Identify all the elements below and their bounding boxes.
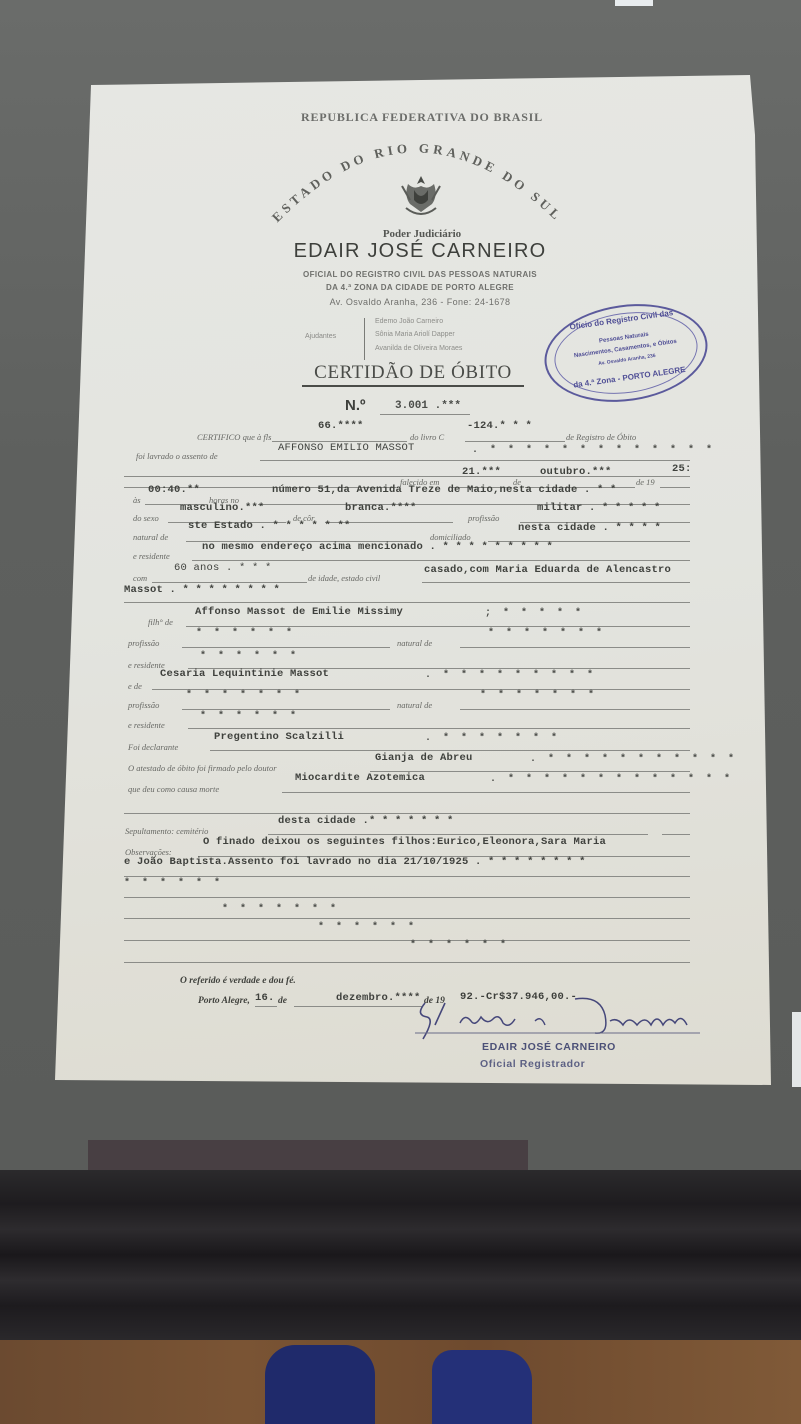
ajudante-name: Avanilda de Oliveira Moraes	[375, 345, 462, 352]
person-reflection-right-leg	[432, 1350, 532, 1424]
field-rule	[380, 414, 470, 415]
attestation-statement: O referido é verdade e dou fé.	[180, 976, 296, 986]
field-rule	[294, 1006, 422, 1007]
lavrado-label: foi lavrado o assento de	[136, 451, 218, 461]
filler-stars: . * * * * * * * * * * * * *	[490, 774, 733, 785]
death-day: 21.***	[462, 466, 501, 478]
coat-of-arms-icon	[398, 172, 444, 222]
field-rule	[152, 582, 307, 583]
light-glare	[615, 0, 653, 6]
field-rule	[422, 582, 690, 583]
light-glare-right	[792, 1012, 801, 1087]
de-label: de	[278, 996, 287, 1006]
field-rule	[260, 460, 690, 461]
field-rule	[460, 647, 690, 648]
brace-divider	[364, 318, 370, 360]
ano-label: de 19	[636, 477, 655, 487]
certificate-number: 3.001 .***	[395, 400, 461, 412]
person-reflection-left-leg	[265, 1345, 375, 1424]
observations-line-6: * * * * * *	[410, 940, 509, 951]
mother-name: Cesaria Lequintinie Massot	[160, 668, 329, 680]
declarant-name: Pregentino Scalzilli	[214, 731, 344, 743]
certifico-label: CERTIFICO que à fls	[197, 432, 271, 442]
field-rule	[188, 728, 690, 729]
field-rule	[182, 709, 390, 710]
death-time: 00:40.**	[148, 484, 200, 496]
father-residence-value: * * * * * *	[200, 651, 299, 662]
as-label: às	[133, 495, 141, 505]
idade-label: de idade, estado civil	[308, 573, 380, 583]
residente-label: e residente	[133, 551, 170, 561]
doctor-name: Gianja de Abreu	[375, 752, 473, 764]
handwritten-signature-icon	[405, 995, 705, 1045]
field-rule	[282, 792, 690, 793]
field-rule	[210, 750, 690, 751]
mother-profession-value: * * * * * * *	[186, 690, 303, 701]
marital-status-value: casado,com Maria Eduarda de Alencastro	[424, 564, 671, 576]
observations-line-1: O finado deixou os seguintes filhos:Euri…	[203, 836, 606, 848]
field-rule	[255, 1006, 277, 1007]
certificate-number-label: N.º	[345, 397, 365, 414]
issue-day: 16.	[255, 992, 275, 1004]
filler-stars: ; * * * * *	[485, 608, 584, 619]
field-rule	[124, 897, 690, 898]
mother-natural-value: * * * * * * *	[480, 690, 597, 701]
death-month: outubro.***	[540, 466, 612, 478]
observations-line-3: * * * * * *	[124, 878, 223, 889]
certificate-title: CERTIDÃO DE ÓBITO	[302, 362, 524, 387]
profissao-label: profissão	[468, 513, 499, 523]
filler-stars: . * * * * * * * * * * *	[530, 754, 737, 765]
ajudantes-label: Ajudantes	[305, 333, 336, 340]
observations-line-5: * * * * * *	[318, 922, 417, 933]
father-profession-value: * * * * * *	[196, 628, 295, 639]
death-year: 25:	[672, 463, 692, 475]
field-rule	[268, 834, 648, 835]
mother-natural-label: natural de	[397, 700, 432, 710]
signer-name: EDAIR JOSÉ CARNEIRO	[482, 1041, 616, 1053]
field-rule	[460, 709, 690, 710]
field-rule	[662, 834, 690, 835]
atestado-label: O atestado de óbito foi firmado pelo dou…	[128, 763, 277, 773]
mae-label: e de	[128, 681, 142, 691]
filler-stars: . * * * * * * * * * * * * *	[472, 445, 715, 456]
causa-label: que deu como causa morte	[128, 784, 219, 794]
natural-label: natural de	[133, 532, 168, 542]
ajudante-name: Edemo João Carneiro	[375, 318, 443, 325]
signer-title: Oficial Registrador	[480, 1058, 585, 1070]
place-label: Porto Alegre,	[198, 996, 250, 1006]
father-natural-value: * * * * * * *	[488, 628, 605, 639]
com-label: com	[133, 573, 147, 583]
father-name: Affonso Massot de Emilie Missimy	[195, 606, 403, 618]
field-rule	[124, 602, 690, 603]
observations-line-4: * * * * * * *	[222, 904, 339, 915]
field-rule	[124, 876, 690, 877]
registro-label: de Registro de Óbito	[566, 432, 636, 442]
mother-residence-value: * * * * * *	[200, 711, 299, 722]
field-rule	[124, 962, 690, 963]
death-place: número 51,da Avenida Treze de Maio,nesta…	[272, 484, 617, 496]
birthplace-value: ste Estado . * * * * * **	[188, 520, 351, 532]
country-heading: REPUBLICA FEDERATIVA DO BRASIL	[282, 110, 562, 125]
field-rule	[124, 940, 690, 941]
officer-zone-line: DA 4.ª ZONA DA CIDADE DE PORTO ALEGRE	[250, 283, 590, 292]
officer-name: EDAIR JOSÉ CARNEIRO	[270, 240, 570, 263]
sexo-label: do sexo	[133, 513, 159, 523]
sex-value: masculino.***	[180, 502, 265, 514]
officer-address-line: Av. Osvaldo Aranha, 236 - Fone: 24-1678	[250, 297, 590, 307]
folha-value: 66.****	[318, 420, 364, 432]
death-certificate-paper	[55, 75, 773, 1085]
field-rule	[186, 626, 690, 627]
filler-stars: . * * * * * * *	[425, 733, 560, 744]
field-rule	[182, 647, 390, 648]
field-rule	[124, 918, 690, 919]
ajudante-name: Sônia Maria Ariolí Dapper	[375, 331, 455, 338]
age-value: 60 anos . * * *	[174, 562, 272, 574]
field-rule	[124, 813, 690, 814]
livro-label: do livro C	[410, 432, 444, 442]
sepultamento-label: Sepultamento: cemitério	[125, 826, 208, 836]
filler-stars: . * * * * * * * * *	[425, 670, 596, 681]
picture-frame-edge	[0, 1170, 801, 1340]
branch-label: Poder Judiciário	[352, 228, 492, 240]
declarante-label: Foi declarante	[128, 742, 178, 752]
color-value: branca.****	[345, 502, 417, 514]
observations-line-2: e João Baptista.Assento foi lavrado no d…	[124, 856, 586, 868]
wooden-floor	[0, 1340, 801, 1424]
residence-value: no mesmo endereço acima mencionado . * *…	[202, 541, 553, 553]
father-natural-label: natural de	[397, 638, 432, 648]
mother-residente-label: e residente	[128, 720, 165, 730]
profession-value: militar . * * * * *	[537, 502, 661, 514]
marital-status-continuation: Massot . * * * * * * * *	[124, 584, 280, 596]
filho-label: filh° de	[148, 617, 173, 627]
livro-value: -124.* * *	[467, 420, 532, 432]
field-rule	[192, 560, 690, 561]
officer-title-line: OFICIAL DO REGISTRO CIVIL DAS PESSOAS NA…	[250, 270, 590, 279]
domicile-value: nesta cidade . * * * *	[518, 522, 661, 534]
deceased-name: AFFONSO EMILIO MASSOT	[278, 442, 415, 454]
mother-profession-label: profissão	[128, 700, 159, 710]
field-rule	[660, 487, 690, 488]
cause-of-death: Miocardite Azotemica	[295, 772, 425, 784]
field-rule	[465, 441, 565, 442]
burial-place: desta cidade .* * * * * * *	[278, 815, 454, 827]
father-profession-label: profissão	[128, 638, 159, 648]
